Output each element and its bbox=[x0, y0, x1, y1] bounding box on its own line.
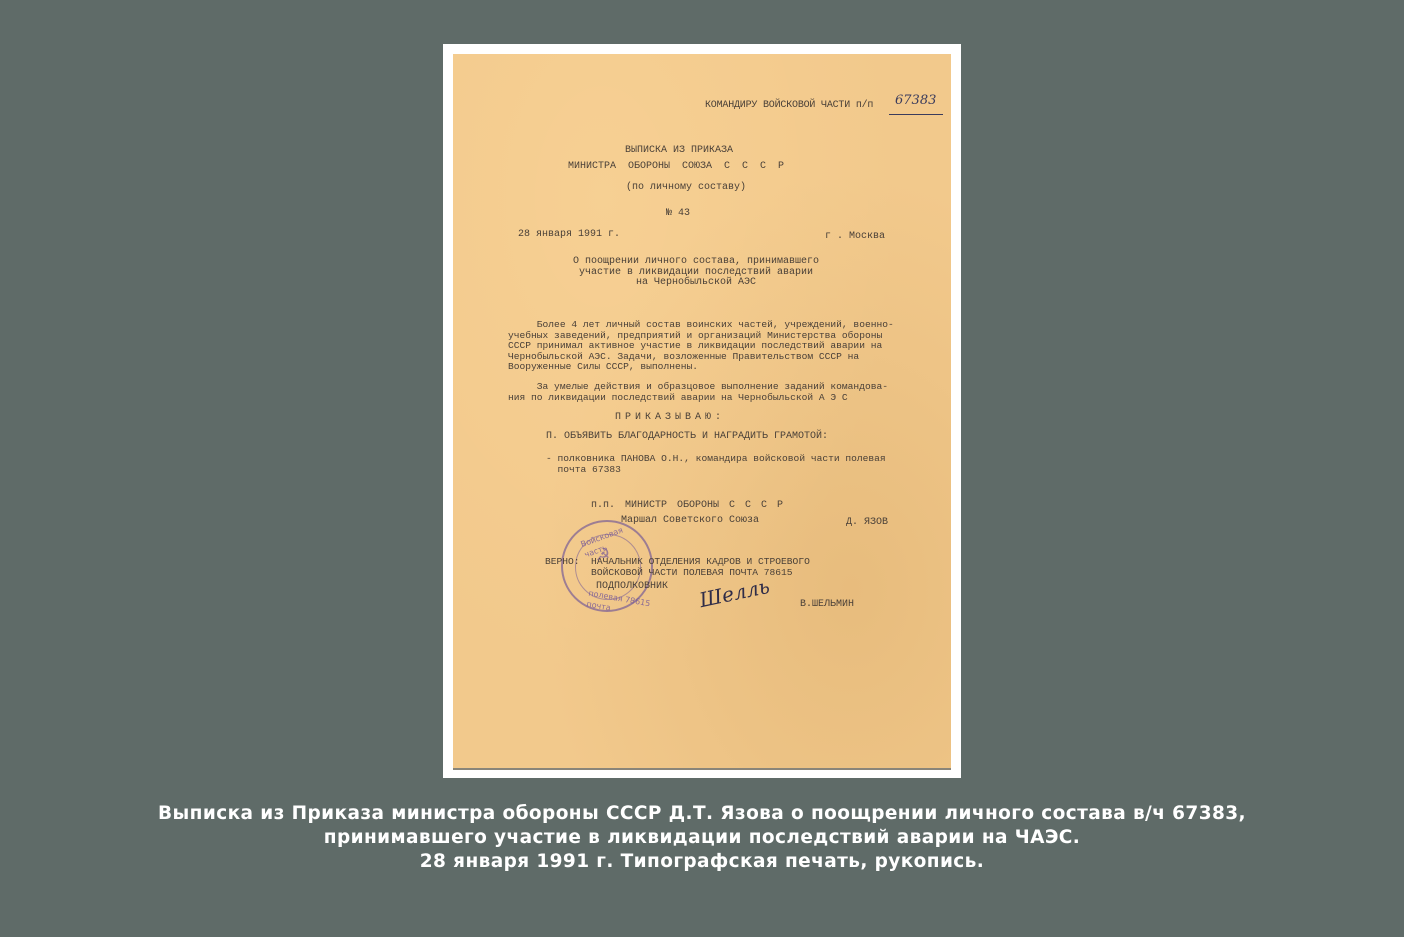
order-city: г . Москва bbox=[825, 232, 885, 243]
caption-line-2: принимавшего участие в ликвидации послед… bbox=[0, 826, 1404, 850]
order-number: № 43 bbox=[666, 209, 690, 220]
order-subject: О поощрении личного состава, принимавшег… bbox=[573, 257, 819, 289]
handwritten-signature: Шелль bbox=[699, 581, 771, 606]
signatory-name: Д. ЯЗОВ bbox=[846, 518, 888, 529]
caption-line-1: Выписка из Приказа министра обороны СССР… bbox=[0, 802, 1404, 826]
certification: ВЕРНО: НАЧАЛЬНИК ОТДЕЛЕНИЯ КАДРОВ И СТРО… bbox=[545, 557, 810, 578]
handwritten-underline bbox=[889, 114, 943, 115]
order-point: П. ОБЪЯВИТЬ БЛАГОДАРНОСТЬ И НАГРАДИТЬ ГР… bbox=[546, 432, 828, 443]
document-title: ВЫПИСКА ИЗ ПРИКАЗА bbox=[625, 146, 733, 157]
order-heading: ПРИКАЗЫВАЮ: bbox=[615, 413, 725, 424]
addressee: КОМАНДИРУ ВОЙСКОВОЙ ЧАСТИ п/п bbox=[705, 101, 873, 112]
exhibit-caption: Выписка из Приказа министра обороны СССР… bbox=[0, 802, 1404, 874]
body-paragraph-1: Более 4 лет личный состав воинских часте… bbox=[508, 320, 894, 373]
handwritten-unit-number: 67383 bbox=[895, 96, 936, 107]
body-paragraph-2: За умелые действия и образцовое выполнен… bbox=[508, 382, 888, 403]
certifier-name: В.ШЕЛЬМИН bbox=[800, 600, 854, 611]
certifier-rank: ПОДПОЛКОВНИК bbox=[596, 582, 668, 593]
order-item: - полковника ПАНОВА О.Н., командира войс… bbox=[546, 454, 886, 475]
document-issuer: МИНИСТРА ОБОРОНЫ СОЮЗА С С С Р bbox=[568, 162, 784, 173]
stamp-bottom-text: полевая 78615 почта bbox=[586, 589, 653, 621]
signatory-title: п.п. МИНИСТР ОБОРОНЫ С С С Р bbox=[591, 501, 783, 512]
order-date: 28 января 1991 г. bbox=[518, 230, 620, 241]
document-category: (по личному составу) bbox=[626, 183, 746, 194]
caption-line-3: 28 января 1991 г. Типографская печать, р… bbox=[0, 850, 1404, 874]
photo-frame: КОМАНДИРУ ВОЙСКОВОЙ ЧАСТИ п/п 67383 ВЫПИ… bbox=[443, 44, 961, 778]
document-scan: КОМАНДИРУ ВОЙСКОВОЙ ЧАСТИ п/п 67383 ВЫПИ… bbox=[453, 54, 951, 768]
